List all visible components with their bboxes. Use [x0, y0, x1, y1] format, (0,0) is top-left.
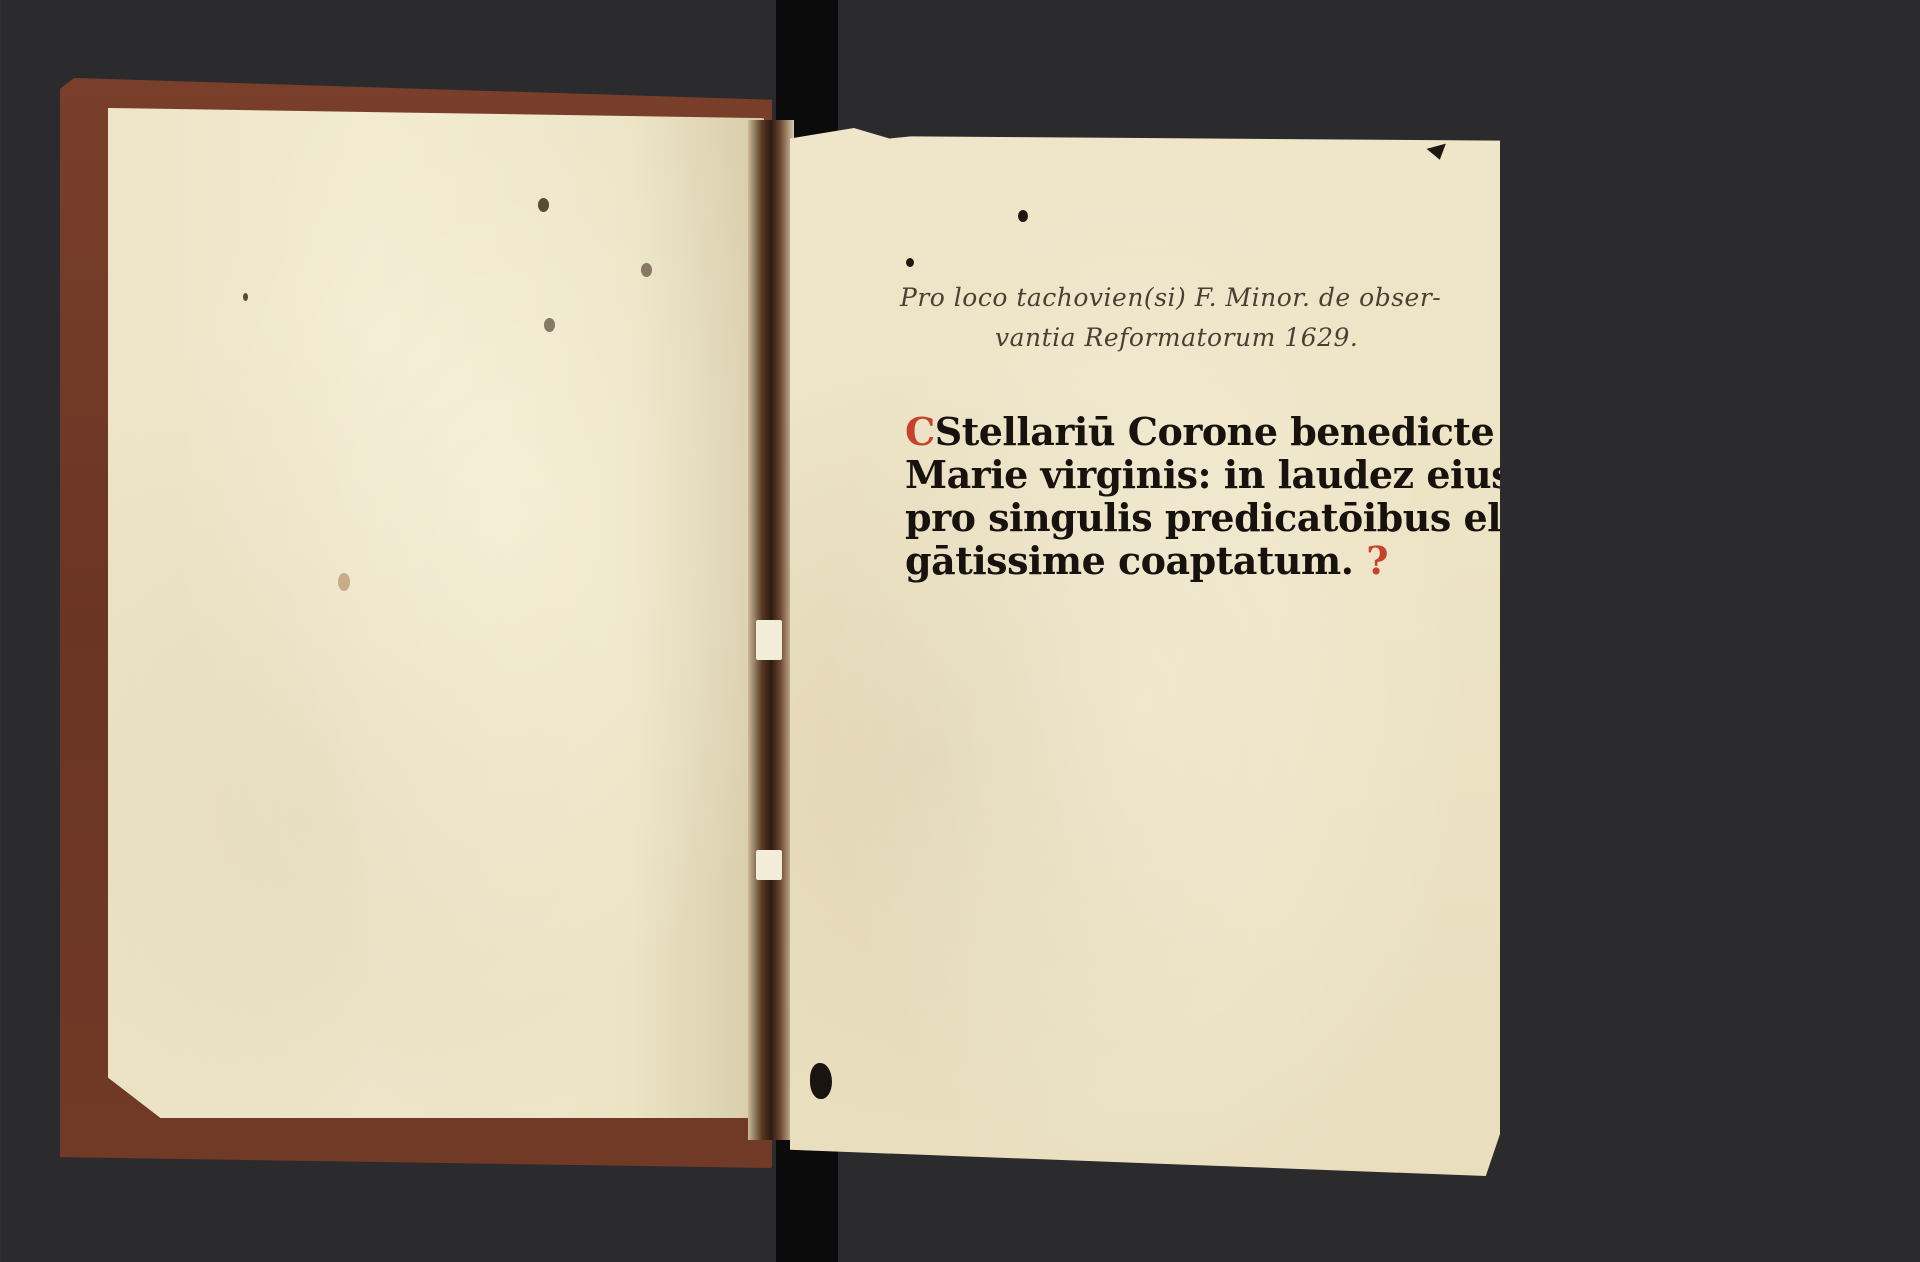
hinge-repair-patch: [756, 850, 782, 880]
left-pastedown-page: [108, 108, 764, 1118]
title-line-4: gātissime coaptatum. ?: [905, 539, 1465, 582]
corner-ink-mark: [1427, 144, 1450, 163]
ink-blot: [810, 1063, 832, 1099]
wormhole: [906, 258, 914, 267]
book-spine-hinge: [748, 120, 794, 1140]
rubric-end-mark: ?: [1366, 538, 1388, 583]
title-line-1: CStellariū Corone benedicte: [905, 410, 1465, 453]
title-line-2: Marie virginis: in laudez eius: [905, 453, 1465, 496]
hinge-repair-patch: [756, 620, 782, 660]
provenance-line-1: Pro loco tachovien(si) F. Minor. de obse…: [900, 283, 1441, 312]
provenance-line-2: vantia Reformatorum 1629.: [900, 318, 1460, 358]
rubric-initial: C: [905, 409, 935, 454]
scan-background: Pro loco tachovien(si) F. Minor. de obse…: [0, 0, 1920, 1262]
right-title-page: Pro loco tachovien(si) F. Minor. de obse…: [790, 128, 1500, 1176]
wormhole: [544, 318, 555, 332]
wormhole: [538, 198, 549, 212]
wormhole: [641, 263, 652, 277]
handwritten-provenance-note: Pro loco tachovien(si) F. Minor. de obse…: [900, 278, 1460, 358]
title-line-3: pro singulis predicatōibus ele: [905, 496, 1465, 539]
stain: [338, 573, 350, 591]
wormhole: [243, 293, 248, 301]
printed-title: CStellariū Corone benedicte Marie virgin…: [905, 410, 1465, 582]
wormhole: [1018, 210, 1028, 222]
